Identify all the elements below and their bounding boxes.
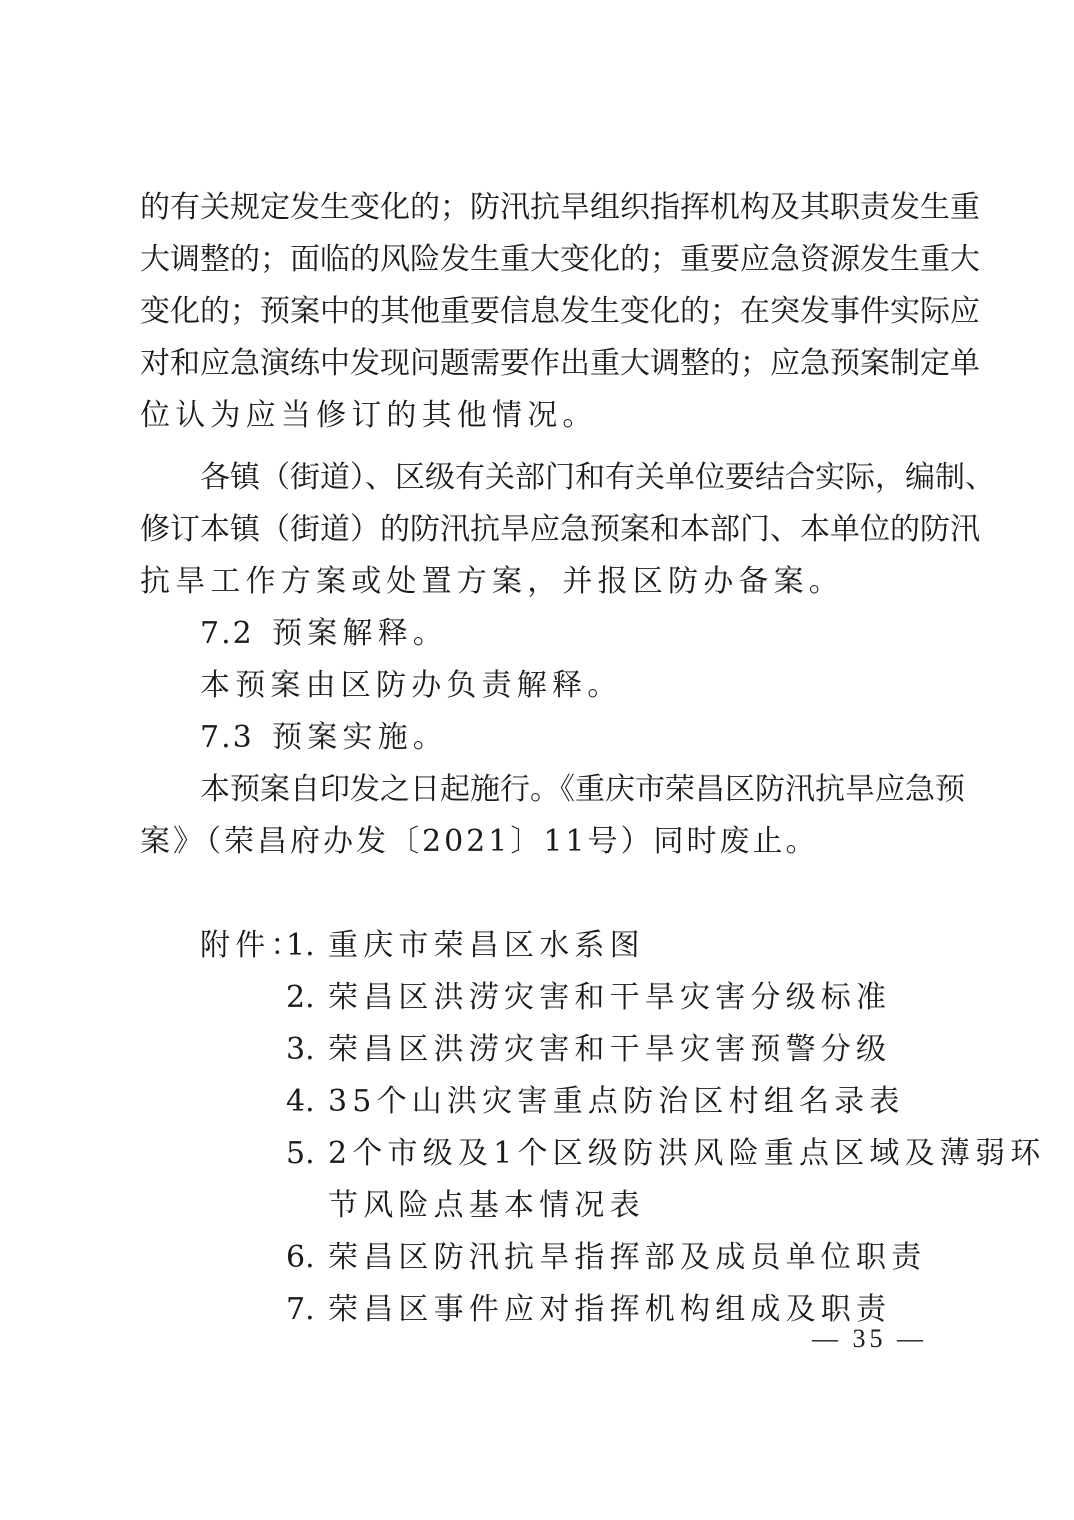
section-number: 7.2 [200,614,272,654]
attachment-item: 5.2个市级及1个区级防洪风险重点区域及薄弱环 [286,1134,1045,1174]
section-number: 7.3 [200,718,272,758]
paragraph-line: 各镇（街道）、区级有关部门和有关单位要结合实际，编制、 [200,458,940,498]
paragraph-line: 的有关规定发生变化的；防汛抗旱组织指挥机构及其职责发生重 [140,188,940,228]
paragraph-line: 变化的；预案中的其他重要信息发生变化的；在突发事件实际应 [140,292,940,332]
section-body-line: 案》（荣昌府办发〔2021〕11号）同时废止。 [140,822,819,862]
attachment-item: 2.荣昌区洪涝灾害和干旱灾害分级标准 [286,978,891,1018]
paragraph-line: 大调整的；面临的风险发生重大变化的；重要应急资源发生重大 [140,240,940,280]
attachment-item: 3.荣昌区洪涝灾害和干旱灾害预警分级 [286,1030,891,1070]
paragraph-line: 修订本镇（街道）的防汛抗旱应急预案和本部门、本单位的防汛 [140,510,940,550]
attachment-item-continuation: 节风险点基本情况表 [328,1186,645,1226]
section-body: 本预案由区防办负责解释。 [200,666,622,706]
paragraph-line: 抗旱工作方案或处置方案，并报区防办备案。 [140,562,844,602]
section-title: 预案实施。 [272,720,448,755]
paragraph-line: 位认为应当修订的其他情况。 [140,396,598,436]
attachment-item: 6.荣昌区防汛抗旱指挥部及成员单位职责 [286,1238,926,1278]
attachment-item: 4.35个山洪灾害重点防治区村组名录表 [286,1082,905,1122]
paragraph-line: 对和应急演练中发现问题需要作出重大调整的；应急预案制定单 [140,344,940,384]
attachment-item: 7.荣昌区事件应对指挥机构组成及职责 [286,1290,891,1330]
section-title: 预案解释。 [272,616,448,651]
section-heading-7-3: 7.3预案实施。 [200,718,448,758]
section-heading-7-2: 7.2预案解释。 [200,614,448,654]
page-number: — 35 — [812,1322,927,1356]
section-body-line: 本预案自印发之日起施行。《重庆市荣昌区防汛抗旱应急预 [200,770,940,810]
attachment-item: 1.重庆市荣昌区水系图 [286,926,645,966]
